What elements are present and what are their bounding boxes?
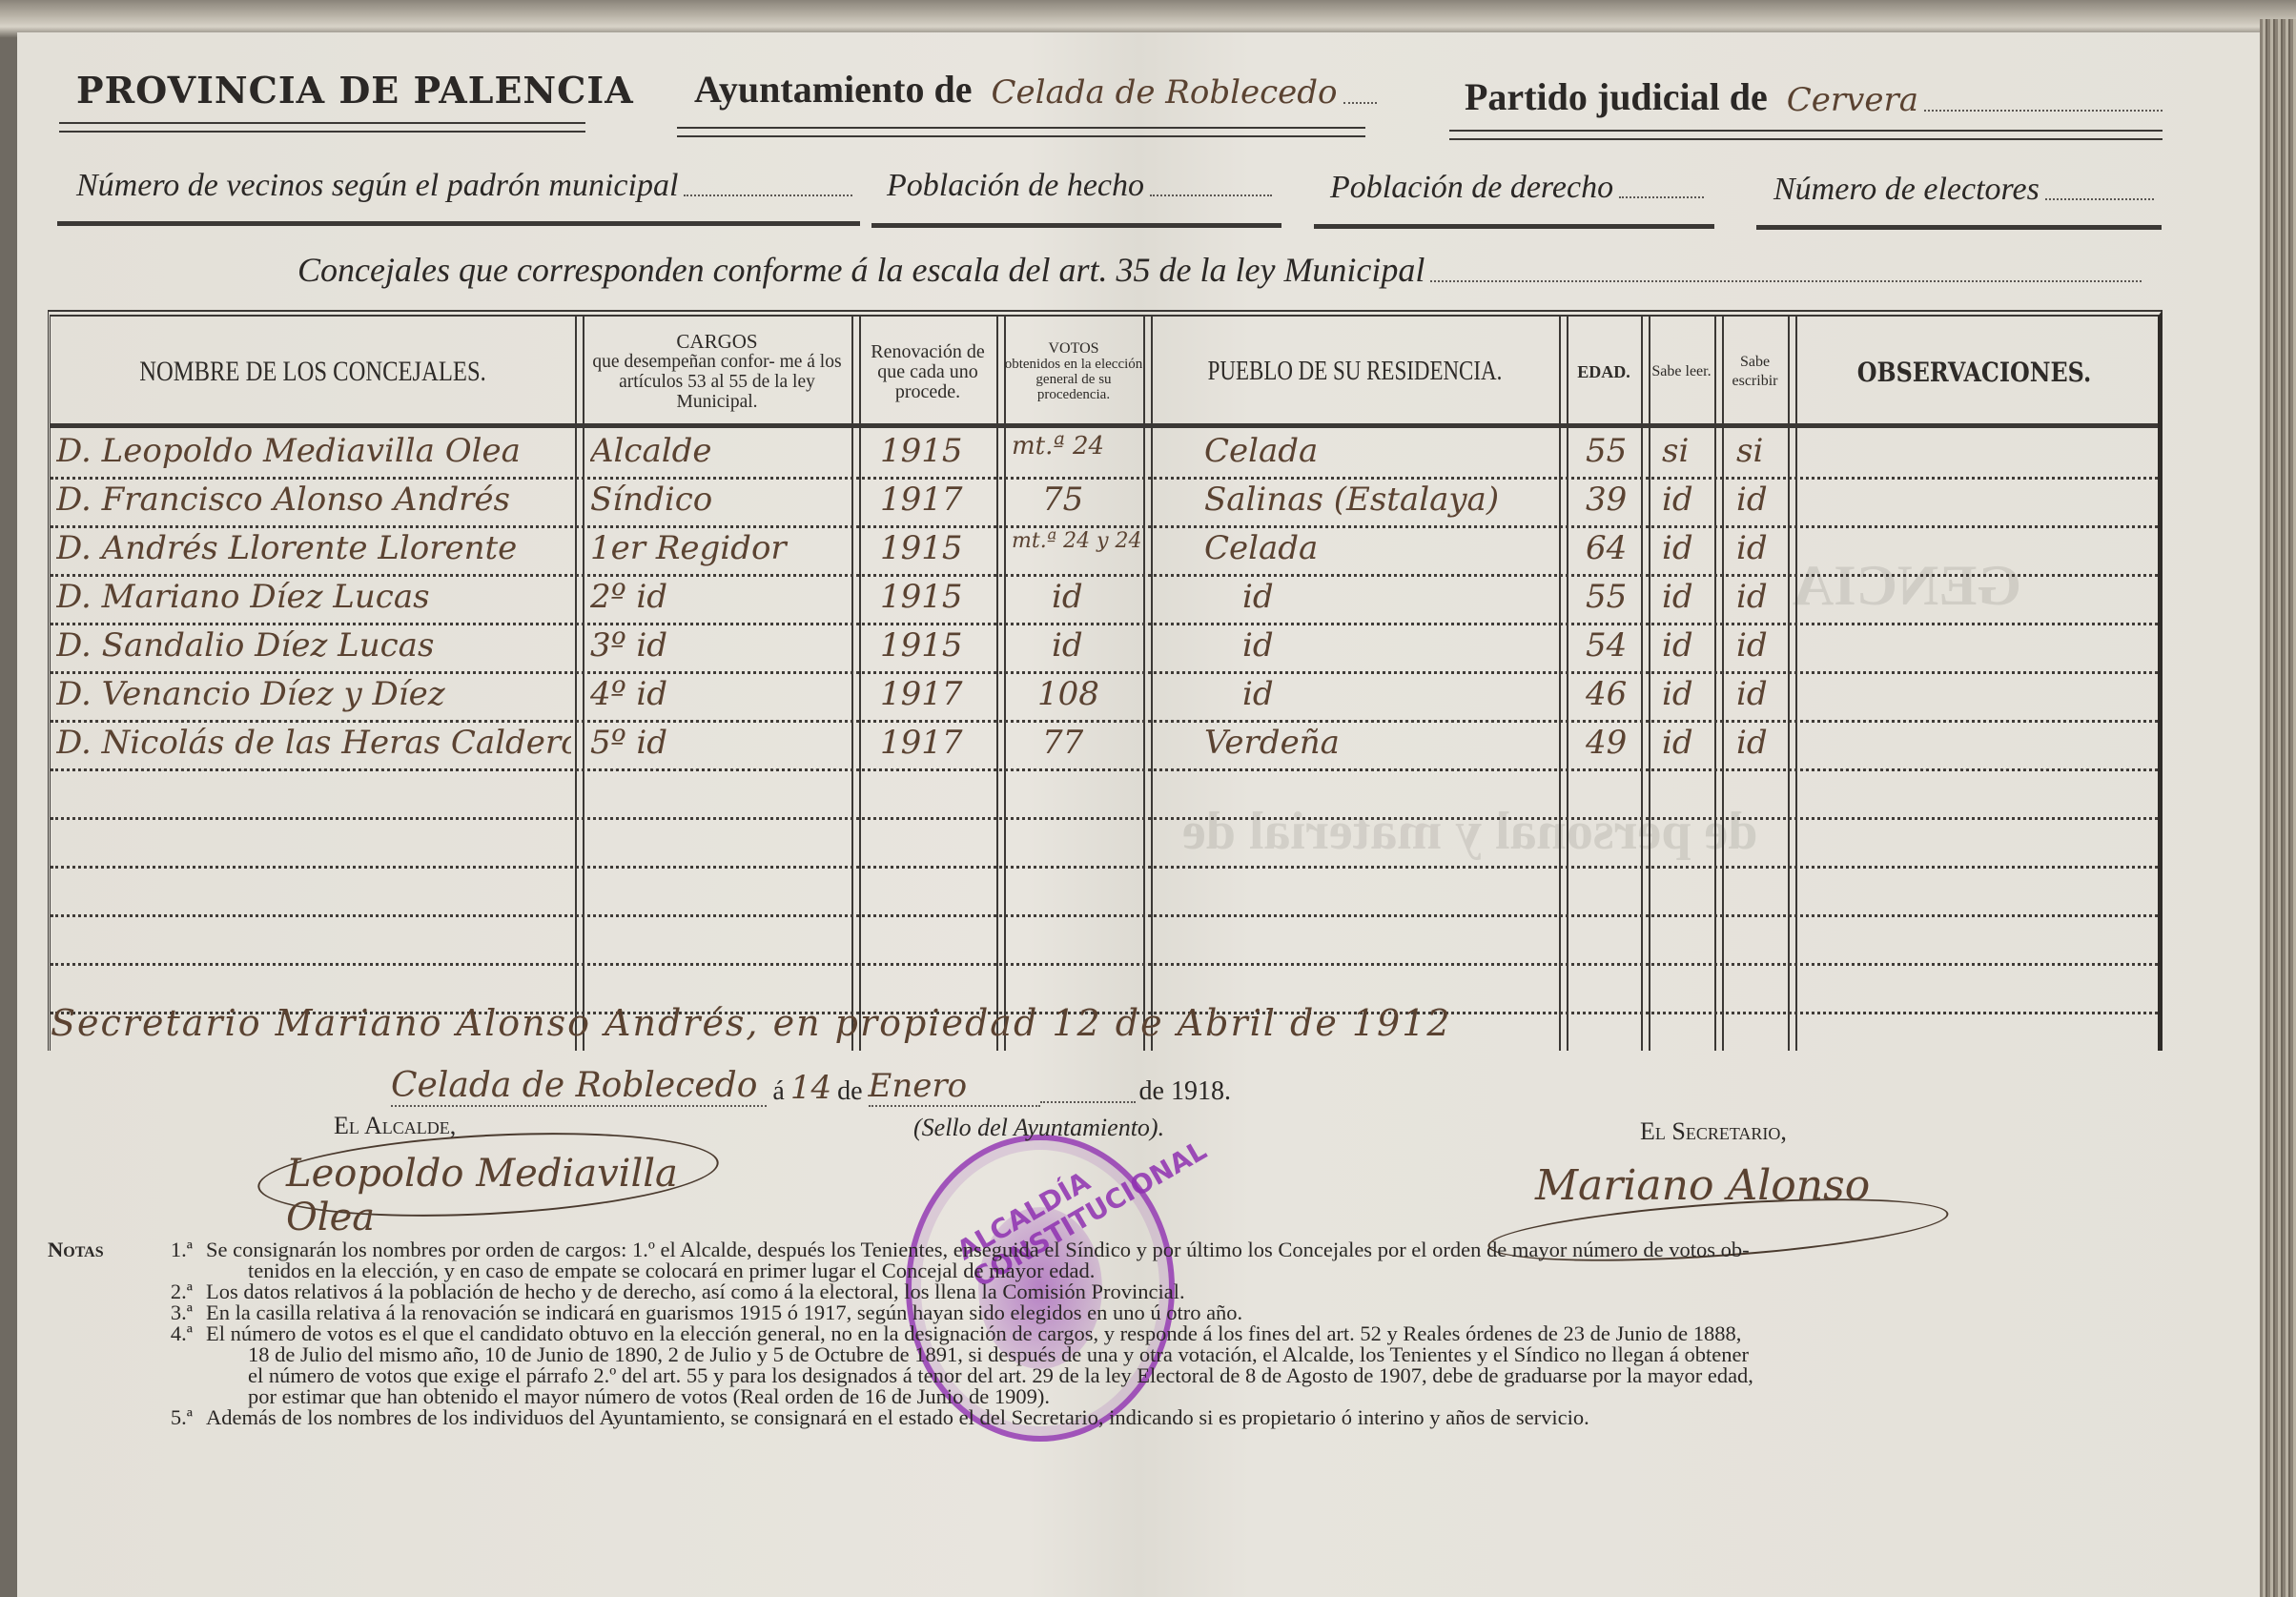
hecho-field: Población de hecho: [887, 168, 1278, 204]
table-row: D. Andrés Llorente Llorente 1er Regidor …: [51, 525, 2158, 577]
partido-label: Partido judicial de: [1465, 74, 1768, 119]
cell-cargo: 4º id: [590, 675, 848, 713]
field-dots: [1150, 195, 1272, 196]
cell-cargo: Síndico: [590, 481, 848, 519]
electores-field: Número de electores: [1773, 172, 2160, 208]
note-number: 3.ª: [153, 1302, 206, 1323]
cell-leer: si: [1662, 432, 1689, 470]
header-cargos-title: CARGOS: [676, 332, 757, 352]
note-text: En la casilla relativa á la renovación s…: [206, 1302, 1242, 1323]
cell-cargo: 1er Regidor: [590, 529, 848, 567]
hecho-label: Población de hecho: [887, 168, 1144, 204]
header-votos-sub: obtenidos en la elección general de su p…: [1004, 357, 1143, 402]
cell-pueblo: Verdeña: [1204, 724, 1340, 762]
field-dots: [1924, 110, 2163, 112]
header-votos: VOTOS obtenidos en la elección general d…: [1004, 324, 1143, 420]
cell-leer: id: [1662, 626, 1693, 665]
cell-nombre: D. Sandalio Díez Lucas: [56, 626, 571, 665]
provincia-title: PROVINCIA DE PALENCIA: [76, 69, 634, 112]
note-number: 1.ª: [153, 1239, 206, 1260]
cell-votos: 77: [1042, 724, 1083, 762]
cell-edad: 46: [1586, 675, 1627, 713]
cell-leer: id: [1662, 529, 1693, 567]
cell-pueblo: Salinas (Estalaya): [1204, 481, 1499, 519]
header-renovacion: Renovación de que cada uno procede.: [859, 324, 996, 420]
divider: [677, 127, 1365, 137]
header-leer: Sabe leer.: [1649, 324, 1714, 420]
cell-votos: mt.ª 24: [1012, 432, 1140, 461]
page-stack-edge: [2260, 19, 2296, 1597]
cell-pueblo: Celada: [1204, 529, 1318, 567]
cell-pueblo: Celada: [1204, 432, 1318, 470]
header-nombre: NOMBRE DE LOS CONCEJALES.: [98, 324, 528, 420]
cell-votos: 75: [1042, 481, 1083, 519]
alcalde-signature: Leopoldo Mediavilla Olea: [286, 1152, 725, 1239]
cell-cargo: Alcalde: [590, 432, 848, 470]
cell-renovacion: 1917: [880, 724, 963, 762]
note-text: tenidos en la elección, y en caso de emp…: [248, 1260, 1095, 1281]
table-row: [51, 914, 2158, 966]
cell-renovacion: 1915: [880, 578, 963, 616]
concejales-label: Concejales que corresponden conforme á l…: [297, 250, 1425, 290]
secretario-label: El Secretario,: [1640, 1117, 1787, 1146]
derecho-field: Población de derecho: [1330, 170, 1710, 206]
note-item: 3.ª En la casilla relativa á la renovaci…: [48, 1302, 2174, 1323]
sello-label: (Sello del Ayuntamiento).: [913, 1114, 1164, 1142]
ayuntamiento-field: Ayuntamiento de Celada de Roblecedo: [694, 67, 1383, 112]
note-number: 4.ª: [153, 1323, 206, 1344]
cell-renovacion: 1915: [880, 432, 963, 470]
note-continuation: el número de votos que exige el párrafo …: [48, 1365, 2174, 1386]
note-text: por estimar que han obtenido el mayor nú…: [248, 1386, 1050, 1407]
cell-escribir: id: [1736, 675, 1768, 713]
partido-value[interactable]: Cervera: [1787, 81, 1918, 119]
date-de: de: [837, 1076, 862, 1107]
vecinos-field: Número de vecinos según el padrón munici…: [76, 168, 858, 204]
field-dots: [2045, 198, 2154, 200]
notes-lead: Notas: [48, 1239, 153, 1260]
cell-votos: id: [1052, 578, 1083, 616]
cell-renovacion: 1915: [880, 529, 963, 567]
cell-edad: 64: [1586, 529, 1627, 567]
note-text: Además de los nombres de los individuos …: [206, 1407, 1589, 1428]
divider: [1449, 130, 2163, 140]
cell-cargo: 3º id: [590, 626, 848, 665]
field-dots: [684, 195, 852, 196]
header-cargos: CARGOS que desempeñan confor- me á los a…: [583, 324, 851, 420]
cell-pueblo: id: [1242, 626, 1274, 665]
note-text: 18 de Julio del mismo año, 10 de Junio d…: [248, 1344, 1749, 1365]
cell-escribir: id: [1736, 529, 1768, 567]
cell-edad: 55: [1586, 432, 1627, 470]
table-row: [51, 817, 2158, 869]
cell-escribir: id: [1736, 481, 1768, 519]
date-a: á: [772, 1076, 784, 1107]
note-continuation: tenidos en la elección, y en caso de emp…: [48, 1260, 2174, 1281]
date-place: Celada de Roblecedo: [391, 1066, 767, 1107]
cell-nombre: D. Leopoldo Mediavilla Olea: [56, 432, 571, 470]
divider: [59, 122, 585, 133]
date-line: Celada de Roblecedo á 14 de Enero de 191…: [391, 1066, 1344, 1107]
alcalde-label: El Alcalde,: [334, 1112, 456, 1140]
vecinos-label: Número de vecinos según el padrón munici…: [76, 168, 678, 204]
cell-edad: 54: [1586, 626, 1627, 665]
table-row: [51, 866, 2158, 917]
cell-votos: 108: [1037, 675, 1099, 713]
field-dots: [1619, 196, 1704, 198]
partido-field: Partido judicial de Cervera: [1465, 74, 2168, 119]
notes-section: Notas 1.ª Se consignarán los nombres por…: [48, 1239, 2174, 1428]
header-observaciones: OBSERVACIONES.: [1822, 324, 2126, 420]
cell-escribir: id: [1736, 724, 1768, 762]
date-year: de 1918.: [1139, 1076, 1231, 1107]
cell-pueblo: id: [1242, 675, 1274, 713]
electores-label: Número de electores: [1773, 172, 2040, 208]
cell-leer: id: [1662, 724, 1693, 762]
cell-pueblo: id: [1242, 578, 1274, 616]
ayuntamiento-label: Ayuntamiento de: [694, 67, 972, 112]
concejales-table: NOMBRE DE LOS CONCEJALES. CARGOS que des…: [48, 310, 2163, 1051]
cell-leer: id: [1662, 481, 1693, 519]
cell-nombre: D. Andrés Llorente Llorente: [56, 529, 571, 567]
date-day: 14: [790, 1069, 831, 1107]
date-month: Enero: [869, 1067, 1040, 1107]
cell-cargo: 5º id: [590, 724, 848, 762]
note-text: el número de votos que exige el párrafo …: [248, 1365, 1753, 1386]
cell-cargo: 2º id: [590, 578, 848, 616]
cell-votos: mt.ª 24 y 24: [1012, 529, 1140, 553]
note-item: 4.ª El número de votos es el que el cand…: [48, 1323, 2174, 1344]
note-text: El número de votos es el que el candidat…: [206, 1323, 1741, 1344]
note-continuation: por estimar que han obtenido el mayor nú…: [48, 1386, 2174, 1407]
header-votos-title: VOTOS: [1048, 341, 1098, 357]
cell-nombre: D. Mariano Díez Lucas: [56, 578, 571, 616]
cell-votos: id: [1052, 626, 1083, 665]
table-row: D. Leopoldo Mediavilla Olea Alcalde 1915…: [51, 428, 2158, 480]
note-text: Se consignarán los nombres por orden de …: [206, 1239, 1750, 1260]
secretario-text: Secretario Mariano Alonso Andrés, en pro…: [51, 1002, 1767, 1044]
note-number: 5.ª: [153, 1407, 206, 1428]
header-escribir: Sabe escribir: [1722, 324, 1788, 420]
note-number: 2.ª: [153, 1281, 206, 1302]
field-dots: [1040, 1101, 1136, 1103]
table-row: D. Francisco Alonso Andrés Síndico 1917 …: [51, 477, 2158, 528]
note-text: Los datos relativos á la población de he…: [206, 1281, 1185, 1302]
cell-renovacion: 1915: [880, 626, 963, 665]
concejales-line: Concejales que corresponden conforme á l…: [297, 250, 2147, 290]
divider: [57, 221, 860, 226]
cell-edad: 39: [1586, 481, 1627, 519]
secretario-row: Secretario Mariano Alonso Andrés, en pro…: [51, 998, 2158, 1048]
cell-nombre: D. Francisco Alonso Andrés: [56, 481, 571, 519]
note-continuation: 18 de Julio del mismo año, 10 de Junio d…: [48, 1344, 2174, 1365]
note-item: Notas 1.ª Se consignarán los nombres por…: [48, 1239, 2174, 1260]
divider: [1756, 225, 2162, 230]
note-item: 2.ª Los datos relativos á la población d…: [48, 1281, 2174, 1302]
cell-escribir: id: [1736, 626, 1768, 665]
table-row: D. Venancio Díez y Díez 4º id 1917 108 i…: [51, 671, 2158, 723]
ayuntamiento-value[interactable]: Celada de Roblecedo: [991, 73, 1337, 112]
cell-nombre: D. Nicolás de las Heras Calderón: [56, 724, 571, 762]
table-row: D. Nicolás de las Heras Calderón 5º id 1…: [51, 720, 2158, 771]
field-dots: [1343, 102, 1377, 104]
cell-escribir: id: [1736, 578, 1768, 616]
table-row: D. Sandalio Díez Lucas 3º id 1915 id id …: [51, 623, 2158, 674]
field-dots: [1430, 280, 2142, 282]
cell-leer: id: [1662, 675, 1693, 713]
divider: [1314, 224, 1714, 229]
table-row: [51, 768, 2158, 820]
cell-edad: 55: [1586, 578, 1627, 616]
table-row: D. Mariano Díez Lucas 2º id 1915 id id 5…: [51, 574, 2158, 625]
header-edad: EDAD.: [1567, 324, 1641, 420]
cell-renovacion: 1917: [880, 481, 963, 519]
cell-escribir: si: [1736, 432, 1763, 470]
note-item: 5.ª Además de los nombres de los individ…: [48, 1407, 2174, 1428]
cell-leer: id: [1662, 578, 1693, 616]
cell-edad: 49: [1586, 724, 1627, 762]
header-pueblo: PUEBLO DE SU RESIDENCIA.: [1188, 324, 1523, 420]
derecho-label: Población de derecho: [1330, 170, 1613, 206]
header-cargos-sub: que desempeñan confor- me á los artículo…: [583, 352, 851, 412]
cell-nombre: D. Venancio Díez y Díez: [56, 675, 571, 713]
divider: [871, 223, 1281, 228]
cell-renovacion: 1917: [880, 675, 963, 713]
